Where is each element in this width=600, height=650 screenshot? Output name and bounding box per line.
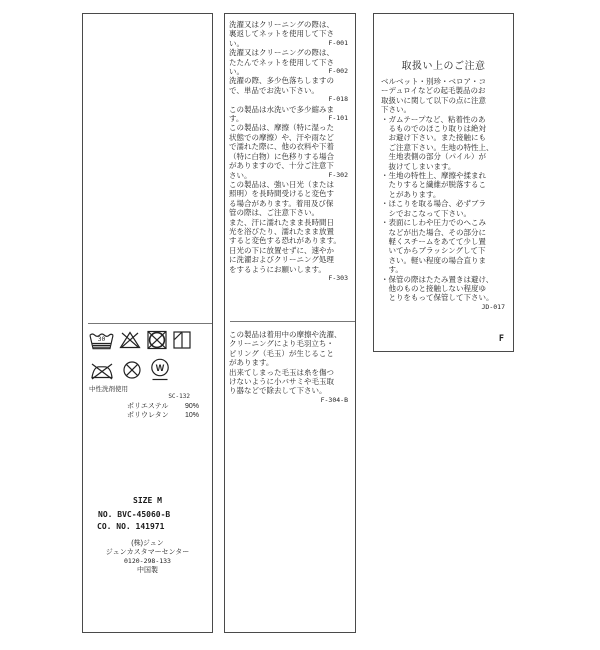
instruction-code: F-302 — [328, 171, 348, 180]
precaution-item: ベルベット・別珍・ベロア・コ ーデュロイなどの起毛製品のお 取扱いに関して以下の… — [381, 77, 505, 115]
panel-handling-precautions: 取扱い上のご注意 ベルベット・別珍・ベロア・コ ーデュロイなどの起毛製品のお 取… — [373, 13, 514, 352]
precautions-title: 取扱い上のご注意 — [374, 57, 513, 72]
composition-row: ポリウレタン10% — [127, 411, 199, 420]
wet-clean-gentle-icon: W — [149, 358, 171, 381]
company-name: (株)ジュン — [83, 539, 212, 548]
separator-line — [88, 323, 212, 324]
material-percent: 10% — [185, 411, 199, 420]
instruction-code: F-303 — [229, 274, 348, 283]
care-instruction-text: 洗濯の際、多少色落ちしますの で、単品でお洗い下さい。 — [229, 76, 348, 95]
instructions-box-1: 洗濯又はクリーニングの際は、 裏返してネットを使用して下さ い。F-001洗濯又… — [229, 20, 348, 283]
precaution-item: ・ほこりを取る場合、必ずブラ シでおこなって下さい。 — [381, 199, 505, 218]
precaution-item: ・保管の際はたたみ置きは避け、 他のものと接触しない程度ゆ とりをもって保管して… — [381, 275, 505, 313]
care-instruction: この製品は水洗いで多少縮みま す。F-101 — [229, 105, 348, 124]
instructions-box-2: この製品は着用中の摩擦や洗濯、 クリーニングにより毛羽立ち・ ピリング（毛玉）が… — [229, 330, 348, 405]
instruction-code: F-001 — [328, 39, 348, 48]
care-instruction-text: この製品は着用中の摩擦や洗濯、 クリーニングにより毛羽立ち・ ピリング（毛玉）が… — [229, 330, 348, 396]
care-instruction: この製品は、強い日光（または 照明）を長時間受けると変色す る場合があります。着… — [229, 180, 348, 283]
size-label: SIZE M — [83, 496, 212, 505]
precaution-item: ・表面にしわや圧力でのへこみ などが出た場合、その部分に 軽くスチームをあてて少… — [381, 218, 505, 274]
instruction-code: F-018 — [229, 95, 348, 104]
svg-text:W: W — [156, 363, 165, 373]
hang-dry-in-shade-icon — [172, 330, 192, 350]
precaution-item-text: ・表面にしわや圧力でのへこみ などが出た場合、その部分に 軽くスチームをあてて少… — [381, 218, 505, 274]
item-number: NO. BVC-45060-B — [98, 510, 170, 519]
care-symbols-row-2: W — [89, 358, 171, 381]
precautions-body: ベルベット・別珍・ベロア・コ ーデュロイなどの起毛製品のお 取扱いに関して以下の… — [381, 77, 505, 312]
separator-line — [230, 321, 355, 322]
care-symbols-row-1: 30 — [89, 330, 192, 350]
material-name: ポリウレタン — [127, 411, 169, 420]
no-bleach-icon — [118, 330, 142, 350]
maker-block: (株)ジュン ジュンカスタマーセンター 0120-298-133 中国製 — [83, 539, 212, 575]
no-tumble-dry-icon — [146, 330, 168, 350]
material-percent: 90% — [185, 402, 199, 411]
country-of-origin: 中国製 — [83, 566, 212, 575]
care-instruction: この製品は着用中の摩擦や洗濯、 クリーニングにより毛羽立ち・ ピリング（毛玉）が… — [229, 330, 348, 405]
panel-washing-instructions: 洗濯又はクリーニングの際は、 裏返してネットを使用して下さ い。F-001洗濯又… — [224, 13, 356, 633]
customer-center: ジュンカスタマーセンター — [83, 548, 212, 557]
instruction-code: F-304-B — [229, 396, 348, 405]
precaution-item-text: ・ガムテープなど、粘着性のあ るものでのほこり取りは絶対 お避け下さい。また接触… — [381, 115, 505, 171]
precaution-item: ・生地の特性上、摩擦や揉まれ たりすると繊維が脱落するこ とがあります。 — [381, 171, 505, 199]
panel-care-symbols: 30 W 中性洗剤使用 SC-132 ポリエステル90%ポリウレタン10% SI… — [82, 13, 213, 633]
composition-row: ポリエステル90% — [127, 402, 199, 411]
care-instruction: この製品は、摩擦（特に湿った 状態での摩擦）や、汗や雨など で濡れた際に、他の衣… — [229, 123, 348, 179]
detergent-note: 中性洗剤使用 — [89, 384, 128, 393]
care-label-sheet: 30 W 中性洗剤使用 SC-132 ポリエステル90%ポリウレタン10% SI… — [0, 0, 600, 650]
precaution-item-text: ベルベット・別珍・ベロア・コ ーデュロイなどの起毛製品のお 取扱いに関して以下の… — [381, 77, 505, 115]
precaution-item-text: ・ほこりを取る場合、必ずブラ シでおこなって下さい。 — [381, 199, 505, 218]
precaution-item-text: ・保管の際はたたみ置きは避け、 他のものと接触しない程度ゆ とりをもって保管して… — [381, 275, 505, 303]
no-dry-clean-icon — [121, 360, 143, 380]
care-instruction-text: この製品は、強い日光（または 照明）を長時間受けると変色す る場合があります。着… — [229, 180, 348, 274]
precaution-item-text: ・生地の特性上、摩擦や揉まれ たりすると繊維が脱落するこ とがあります。 — [381, 171, 505, 199]
instruction-code: JD-017 — [381, 303, 505, 312]
wash-30-gentle-icon: 30 — [89, 330, 114, 350]
care-instruction: 洗濯の際、多少色落ちしますの で、単品でお洗い下さい。F-018 — [229, 76, 348, 104]
precaution-item: ・ガムテープなど、粘着性のあ るものでのほこり取りは絶対 お避け下さい。また接触… — [381, 115, 505, 171]
sc-code: SC-132 — [168, 393, 190, 400]
no-iron-icon — [89, 360, 115, 380]
fabric-composition: ポリエステル90%ポリウレタン10% — [127, 402, 199, 420]
co-number: CO. NO. 141971 — [97, 522, 164, 531]
svg-text:30: 30 — [98, 336, 106, 343]
phone-number: 0120-298-133 — [83, 557, 212, 566]
material-name: ポリエステル — [127, 402, 168, 411]
care-instruction: 洗濯又はクリーニングの際は、 裏返してネットを使用して下さ い。F-001 — [229, 20, 348, 48]
care-instruction: 洗濯又はクリーニングの際は、 たたんでネットを使用して下さ い。F-002 — [229, 48, 348, 76]
footer-mark: F — [499, 334, 504, 344]
